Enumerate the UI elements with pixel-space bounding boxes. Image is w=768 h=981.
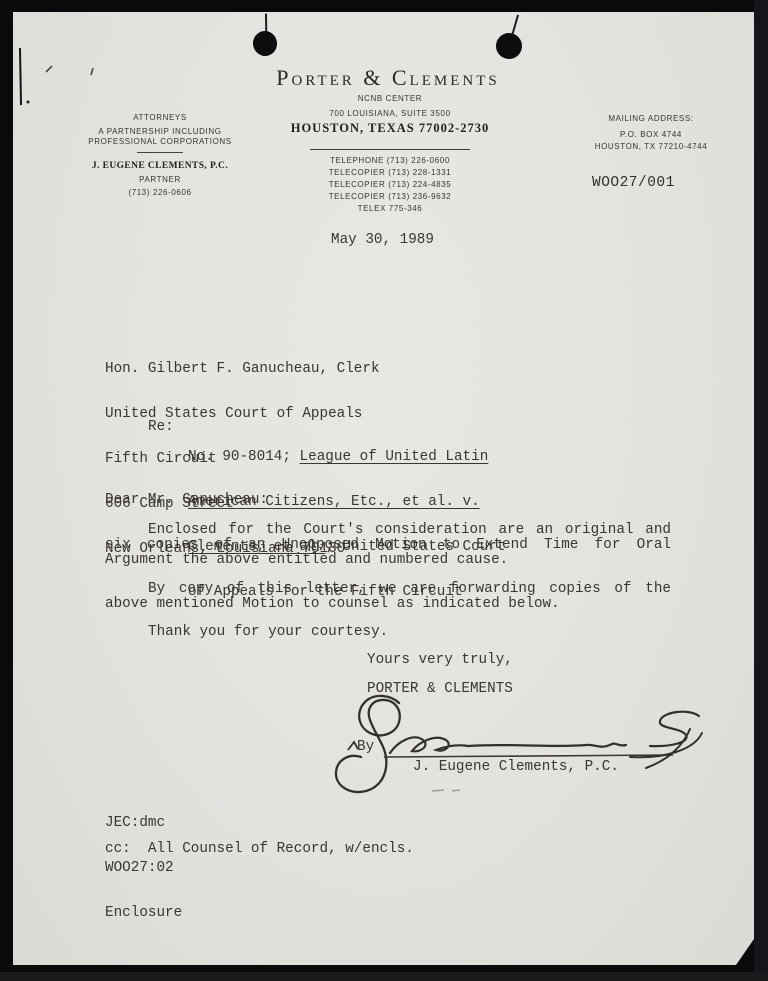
brad-leg-icon xyxy=(265,14,267,32)
letterhead-center-column: NCNB CENTER 700 LOUISIANA, SUITE 3500 HO… xyxy=(250,94,530,215)
letterhead-phone-list: TELEPHONE (713) 226-0600 TELECOPIER (713… xyxy=(250,155,530,215)
letterhead-street: 700 LOUISIANA, SUITE 3500 xyxy=(250,109,530,119)
letterhead-attorney-name: J. EUGENE CLEMENTS, P.C. xyxy=(58,160,262,172)
letterhead-attorneys-heading: ATTORNEYS xyxy=(58,113,262,123)
letterhead-mailing-city: HOUSTON, TX 77210-4744 xyxy=(549,141,753,153)
body-line: above mentioned Motion to counsel as ind… xyxy=(105,597,671,612)
letterhead-phone-line: TELECOPIER (713) 236-9632 xyxy=(250,191,530,203)
body-paragraph-3: Thank you for your courtesy. xyxy=(105,625,671,640)
letterhead-mailing-heading: MAILING ADDRESS: xyxy=(549,113,753,125)
letterhead-phone-line: TELECOPIER (713) 224-4835 xyxy=(250,179,530,191)
docket-number: WOO27:02 xyxy=(105,861,182,876)
letterhead-city-line: HOUSTON, TEXAS 77002-2730 xyxy=(250,121,530,136)
re-line: No. 90-8014; League of United Latin xyxy=(188,450,505,465)
letterhead-phone-line: TELECOPIER (713) 228-1331 xyxy=(250,167,530,179)
signer-name: J. Eugene Clements, P.C. xyxy=(413,760,619,775)
letterhead-partnership-line: A PARTNERSHIP INCLUDING xyxy=(58,127,262,137)
enclosure-note: Enclosure xyxy=(105,906,182,921)
re-case-title: League of United Latin xyxy=(300,449,489,465)
scan-edge-right xyxy=(754,0,768,981)
letterhead-right-column: MAILING ADDRESS: P.O. BOX 4744 HOUSTON, … xyxy=(549,113,753,153)
re-case-number: No. 90-8014; xyxy=(188,449,300,465)
letterhead-partnership-line: PROFESSIONAL CORPORATIONS xyxy=(58,137,262,147)
reference-block: JEC:dmc WOO27:02 Enclosure xyxy=(105,786,182,951)
cc-line: cc: All Counsel of Record, w/encls. xyxy=(105,842,414,857)
re-label: Re: xyxy=(148,420,174,435)
body-paragraph-1: Enclosed for the Court's consideration a… xyxy=(105,523,671,568)
closing-firm-name: PORTER & CLEMENTS xyxy=(367,682,513,697)
letterhead-pobox: P.O. BOX 4744 xyxy=(549,129,753,141)
body-line: six copies of an Unopposed Motion to Ext… xyxy=(105,538,671,553)
body-line: Enclosed for the Court's consideration a… xyxy=(105,523,671,538)
letterhead-left-divider xyxy=(137,152,183,153)
body-paragraph-2: By copy of this letter, we are forwardin… xyxy=(105,582,671,612)
docket-stamp: WOO27/001 xyxy=(592,176,675,191)
letter-date: May 30, 1989 xyxy=(331,233,434,248)
valediction: Yours very truly, xyxy=(367,653,513,668)
letterhead-firm-name: Porter & Clements xyxy=(4,65,768,91)
recipient-line: Hon. Gilbert F. Ganucheau, Clerk xyxy=(105,362,380,377)
body-line: Argument the above entitled and numbered… xyxy=(105,553,671,568)
scanner-background: Porter & Clements NCNB CENTER 700 LOUISI… xyxy=(0,0,768,981)
letterhead-building: NCNB CENTER xyxy=(250,94,530,104)
letterhead-phone-line: TELEX 775-346 xyxy=(250,203,530,215)
letterhead-divider xyxy=(310,149,470,150)
scan-edge-bottom xyxy=(0,972,768,981)
letterhead-phone-line: TELEPHONE (713) 226-0600 xyxy=(250,155,530,167)
letterhead-attorney-phone: (713) 226-0606 xyxy=(58,188,262,198)
typist-initials: JEC:dmc xyxy=(105,816,182,831)
salutation: Dear Mr. Ganucheau: xyxy=(105,493,268,508)
letterhead-left-column: ATTORNEYS A PARTNERSHIP INCLUDING PROFES… xyxy=(58,113,262,198)
body-line: By copy of this letter, we are forwardin… xyxy=(105,582,671,597)
by-label: By xyxy=(357,740,374,755)
letterhead-attorney-title: PARTNER xyxy=(58,175,262,185)
